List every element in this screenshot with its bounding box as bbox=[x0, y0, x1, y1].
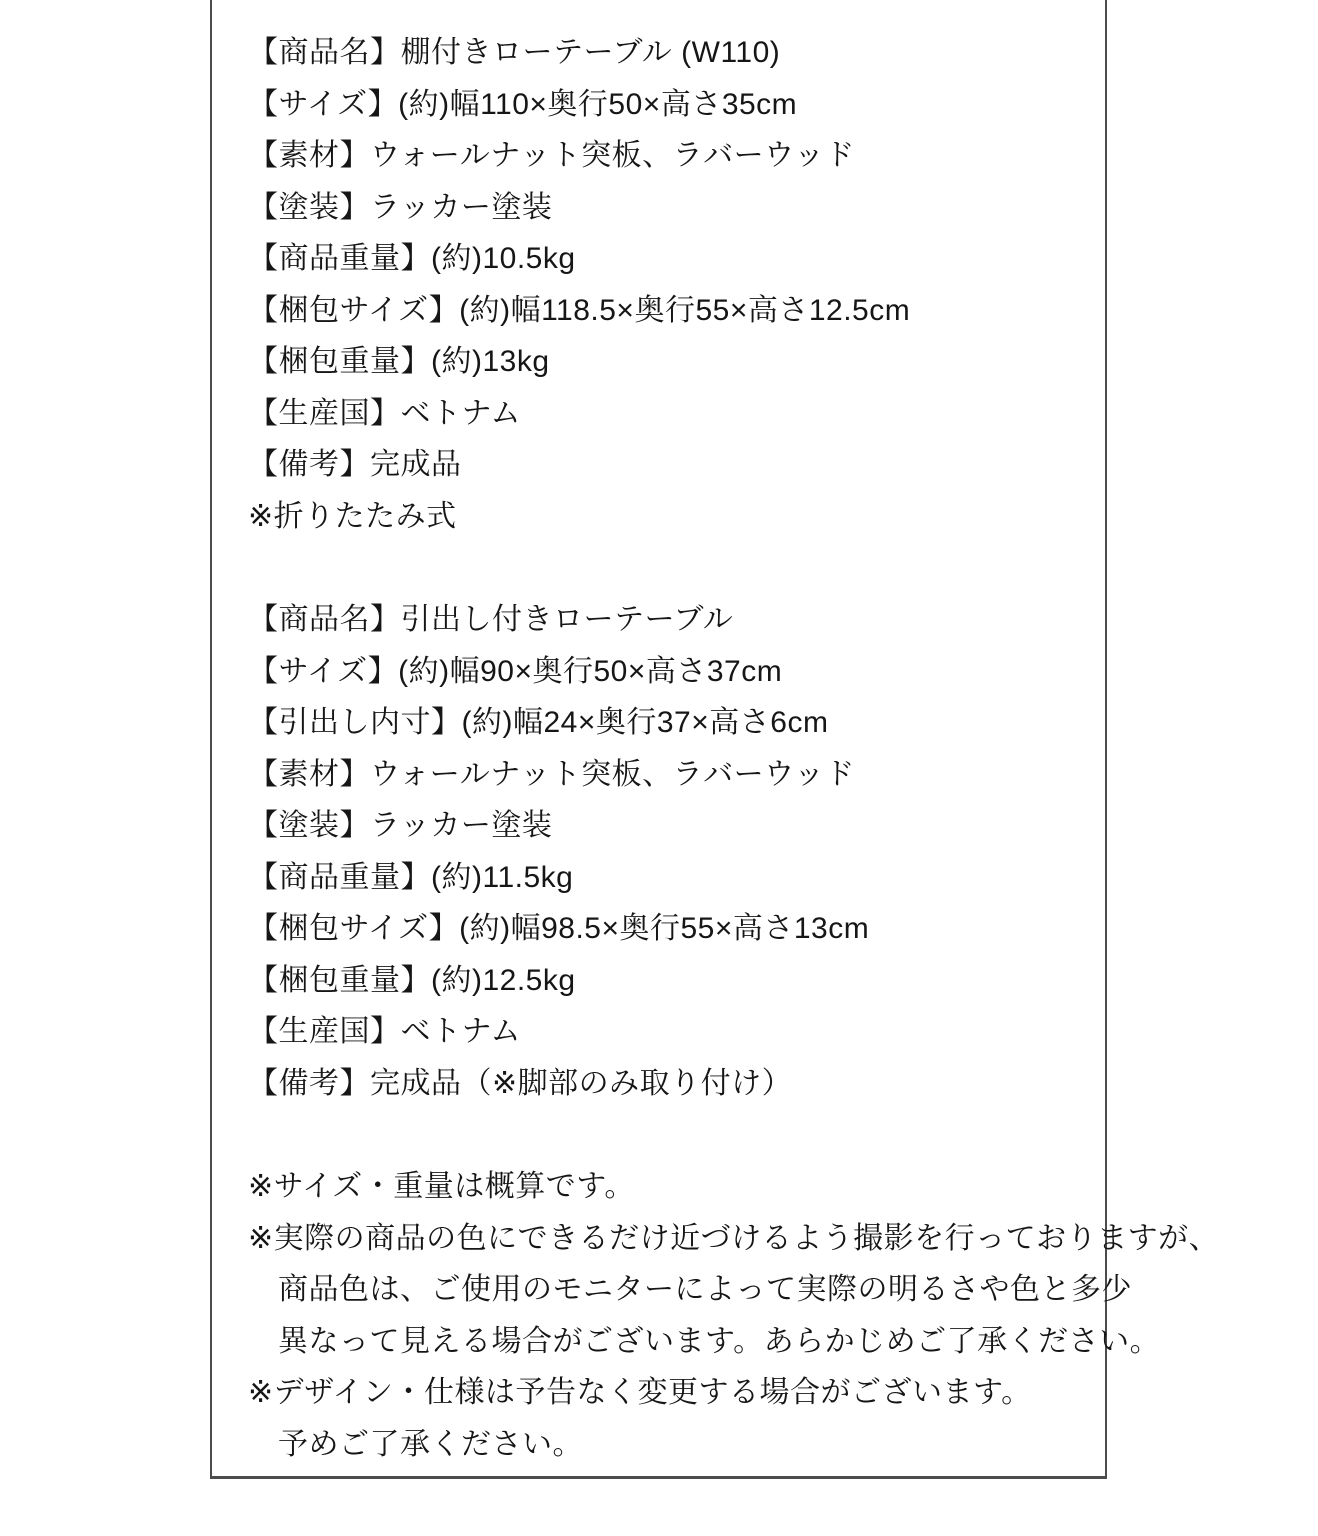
spec-line: 【素材】ウォールナット突板、ラバーウッド bbox=[248, 130, 1095, 182]
spec-line: 【梱包サイズ】(約)幅118.5×奥行55×高さ12.5cm bbox=[248, 285, 1095, 337]
spec-line: 【塗装】ラッカー塗装 bbox=[248, 182, 1095, 234]
spec-line: 【梱包重量】(約)12.5kg bbox=[248, 955, 1095, 1007]
spec-line: 【梱包サイズ】(約)幅98.5×奥行55×高さ13cm bbox=[248, 903, 1095, 955]
spec-line: 【サイズ】(約)幅110×奥行50×高さ35cm bbox=[248, 79, 1095, 131]
product-2-specs: 【商品名】引出し付きローテーブル【サイズ】(約)幅90×奥行50×高さ37cm【… bbox=[248, 594, 1095, 1109]
spec-line: 【備考】完成品（※脚部のみ取り付け） bbox=[248, 1058, 1095, 1110]
note-line: ※実際の商品の色にできるだけ近づけるよう撮影を行っておりますが、 bbox=[248, 1213, 1095, 1265]
notes-section: ※サイズ・重量は概算です。※実際の商品の色にできるだけ近づけるよう撮影を行ってお… bbox=[248, 1161, 1095, 1470]
product-spec-box: 【商品名】棚付きローテーブル (W110)【サイズ】(約)幅110×奥行50×高… bbox=[210, 0, 1107, 1479]
product-1-specs: 【商品名】棚付きローテーブル (W110)【サイズ】(約)幅110×奥行50×高… bbox=[248, 27, 1095, 542]
spec-line: 【生産国】ベトナム bbox=[248, 1006, 1095, 1058]
page: 【商品名】棚付きローテーブル (W110)【サイズ】(約)幅110×奥行50×高… bbox=[0, 0, 1318, 1536]
spec-line: 【商品名】棚付きローテーブル (W110) bbox=[248, 27, 1095, 79]
spec-line: 【商品重量】(約)11.5kg bbox=[248, 852, 1095, 904]
note-line: ※デザイン・仕様は予告なく変更する場合がございます。 bbox=[248, 1367, 1095, 1419]
spec-line: 【塗装】ラッカー塗装 bbox=[248, 800, 1095, 852]
spec-line: 【素材】ウォールナット突板、ラバーウッド bbox=[248, 749, 1095, 801]
spec-line: 【梱包重量】(約)13kg bbox=[248, 336, 1095, 388]
note-line: ※サイズ・重量は概算です。 bbox=[248, 1161, 1095, 1213]
note-line: 予めご了承ください。 bbox=[248, 1419, 1095, 1471]
spec-line: 【引出し内寸】(約)幅24×奥行37×高さ6cm bbox=[248, 697, 1095, 749]
note-line: 異なって見える場合がございます。あらかじめご了承ください。 bbox=[248, 1316, 1095, 1368]
spec-content: 【商品名】棚付きローテーブル (W110)【サイズ】(約)幅110×奥行50×高… bbox=[212, 0, 1105, 1470]
spec-line: 【商品名】引出し付きローテーブル bbox=[248, 594, 1095, 646]
spec-line: 【サイズ】(約)幅90×奥行50×高さ37cm bbox=[248, 646, 1095, 698]
note-line: 商品色は、ご使用のモニターによって実際の明るさや色と多少 bbox=[248, 1264, 1095, 1316]
spec-line: 【生産国】ベトナム bbox=[248, 388, 1095, 440]
spec-line: 【備考】完成品 bbox=[248, 439, 1095, 491]
spec-line: ※折りたたみ式 bbox=[248, 491, 1095, 543]
spec-line: 【商品重量】(約)10.5kg bbox=[248, 233, 1095, 285]
